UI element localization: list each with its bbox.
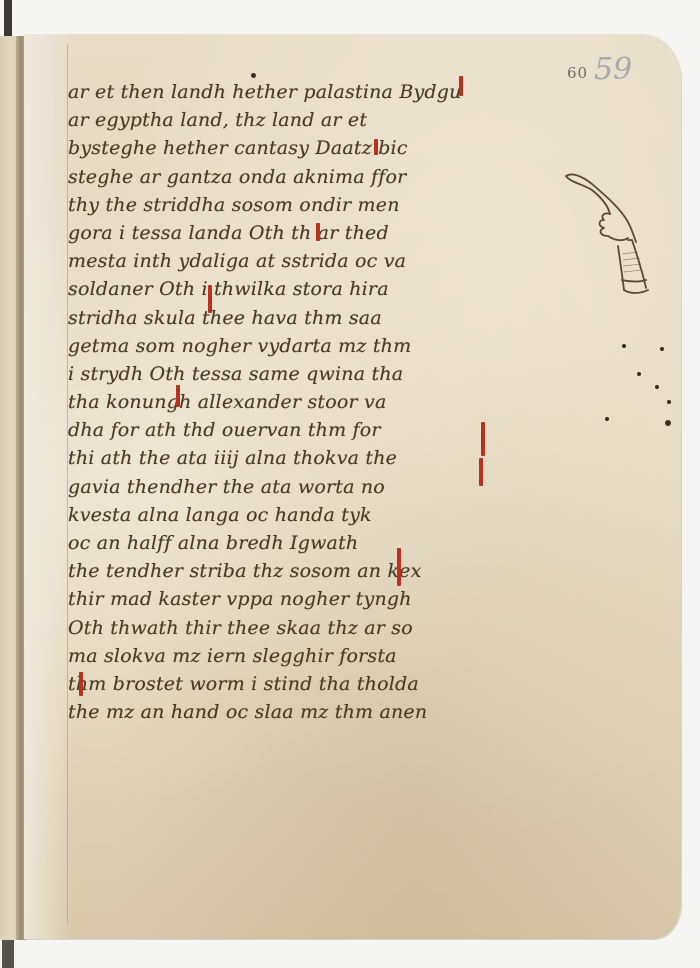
ink-speck (667, 400, 671, 404)
ink-speck (665, 420, 671, 426)
ink-speck (655, 385, 659, 389)
ink-speck (660, 347, 664, 351)
binding-edge-bottom (2, 940, 14, 968)
rubric-mark (374, 139, 378, 155)
manuscript-text-block: ar et then landh hether palastina Bydgu … (68, 78, 588, 726)
text-line: thy the striddha sosom ondir men (68, 191, 588, 219)
rubric-mark (459, 76, 463, 96)
rubric-mark (79, 672, 83, 696)
text-line: dha for ath thd ouervan thm for (68, 416, 588, 444)
ink-speck (605, 417, 609, 421)
text-line: thi ath the ata iiij alna thokva the (68, 444, 588, 472)
text-line: stridha skula thee hava thm saa (68, 304, 588, 332)
ink-speck (622, 344, 626, 348)
text-line: i strydh Oth tessa same qwina tha (68, 360, 588, 388)
ink-speck (637, 372, 641, 376)
rubric-mark (176, 385, 180, 407)
text-line: the mz an hand oc slaa mz thm anen (68, 698, 588, 726)
text-line: oc an halff alna bredh Igwath (68, 529, 588, 557)
text-line: ar egyptha land, thz land ar et (68, 106, 588, 134)
text-line: getma som nogher vydarta mz thm (68, 332, 588, 360)
text-line: tha konungh allexander stoor va (68, 388, 588, 416)
rubric-mark (479, 458, 483, 486)
rubric-mark (316, 223, 320, 241)
rubric-mark (481, 422, 485, 456)
text-line: soldaner Oth i thwilka stora hira (68, 275, 588, 303)
rubric-mark (208, 285, 212, 313)
text-line: thm brostet worm i stind tha tholda (68, 670, 588, 698)
text-line: thir mad kaster vppa nogher tyngh (68, 585, 588, 613)
text-line: steghe ar gantza onda aknima ffor (68, 163, 588, 191)
pointing-hand-icon (562, 170, 658, 310)
text-line: Oth thwath thir thee skaa thz ar so (68, 614, 588, 642)
text-line: ar et then landh hether palastina Bydgu (68, 78, 588, 106)
ink-speck (251, 73, 256, 78)
folio-number-pencil: 59 (594, 52, 632, 87)
rubric-mark (397, 548, 401, 586)
manuscript-viewer: 60 59 ar et then landh hether palastina … (0, 0, 700, 968)
text-line: gavia thendher the ata worta no (68, 473, 588, 501)
text-line: the tendher striba thz sosom an kex (68, 557, 588, 585)
text-line: gora i tessa landa Oth th ar thed (68, 219, 588, 247)
text-line: bysteghe hether cantasy Daatz bic (68, 134, 588, 162)
binding-edge-top (4, 0, 12, 38)
text-line: ma slokva mz iern slegghir forsta (68, 642, 588, 670)
text-line: kvesta alna langa oc handa tyk (68, 501, 588, 529)
text-line: mesta inth ydaliga at sstrida oc va (68, 247, 588, 275)
